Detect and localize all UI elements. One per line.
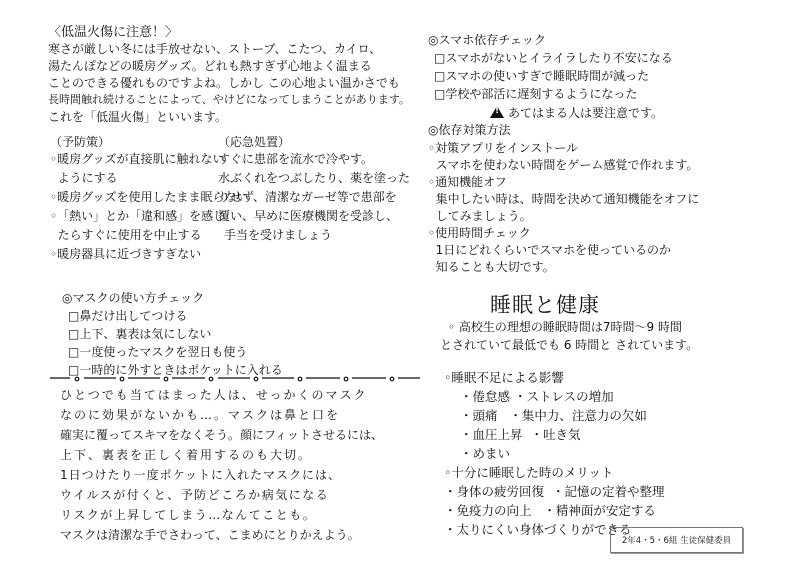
sleep-ideal-line: ◦ 高校生の理想の睡眠時間は7時間〜9 時間 bbox=[440, 321, 698, 339]
mask-body-line: ひとつでも当てはまった人は、せっかくのマスク bbox=[60, 389, 383, 409]
phone-measure-line: ◦対策アプリをインストール bbox=[428, 142, 699, 159]
sleep-ideal-line: とされていて最低でも 6 時間と されています。 bbox=[440, 339, 698, 357]
first-aid-line: 手当を受けましょう bbox=[218, 229, 410, 248]
burn-intro-line: 寒さが厳しい冬には手放せない、ストーブ、こたつ、カイロ、 bbox=[48, 43, 410, 60]
phone-warning-text: あてはまる人は要注意です。 bbox=[508, 106, 663, 120]
mask-check-item: □鼻だけ出してつける bbox=[62, 310, 283, 328]
phone-measure-line: 集中したい時は、時間を決めて通知機能をオフに bbox=[428, 193, 699, 210]
mask-section: ◎マスクの使い方チェック □鼻だけ出してつける □上下、裏表は気にしない □一度… bbox=[62, 292, 283, 382]
credit-box: 2年4・5・6組 生徒保健委員 bbox=[610, 527, 743, 553]
sleep-title: 睡眠と健康 bbox=[490, 289, 600, 319]
phone-measure-line: ◦通知機能オフ bbox=[428, 176, 699, 193]
mask-body-line: なのに効果がないかも…。マスクは鼻と口を bbox=[60, 409, 383, 429]
phone-measure-line: ◦使用時間チェック bbox=[428, 227, 699, 244]
burn-title: 〈低温火傷に注意！〉 bbox=[48, 26, 410, 39]
first-aid-line: 水ぶくれをつぶしたり、薬を塗った bbox=[218, 172, 410, 191]
sleep-ideal: ◦ 高校生の理想の睡眠時間は7時間〜9 時間 とされていて最低でも 6 時間と … bbox=[440, 321, 698, 357]
burn-intro-line: 長時間触れ続けることによって、やけどになってしまうことがあります。 bbox=[48, 94, 410, 111]
first-aid-line: りせず、清潔なガーゼ等で患部を bbox=[218, 191, 410, 210]
mask-body-line: マスクは清潔な手でさわって、こまめにとりかえよう。 bbox=[60, 529, 383, 549]
mask-check-item: □一度使ったマスクを翌日も使う bbox=[62, 346, 283, 364]
phone-check-title: ◎スマホ依存チェック bbox=[428, 34, 699, 52]
phone-measure-line: 知ることも大切です。 bbox=[428, 261, 699, 278]
mask-body-line: 確実に覆ってスキマをなくそう。顔にフィットさせるには、 bbox=[60, 429, 383, 449]
first-aid-block: （応急処置） すぐに患部を流水で冷やす。 水ぶくれをつぶしたり、薬を塗った りせ… bbox=[218, 136, 410, 248]
mask-body-line: リスクが上昇してしまう…なんてことも。 bbox=[60, 509, 383, 529]
credit-text: 2年4・5・6組 生徒保健委員 bbox=[622, 534, 731, 546]
mask-body-line: 上下、裏表を正しく着用するのも大切。 bbox=[60, 449, 383, 469]
burn-intro-line: 湯たんぽなどの暖房グッズ。どれも熱すぎず心地よく温まる bbox=[48, 60, 410, 77]
warning-icon bbox=[490, 106, 504, 118]
first-aid-line: すぐに患部を流水で冷やす。 bbox=[218, 153, 410, 172]
first-aid-heading: （応急処置） bbox=[218, 136, 410, 153]
phone-check-item: □学校や部活に遅刻するようになった bbox=[428, 88, 699, 106]
sleep-effects: ◦睡眠不足による影響 ・倦怠感 ・ストレスの増加 ・頭痛 ・集中力、注意力の欠如… bbox=[444, 372, 664, 543]
phone-measure-line: してみましょう。 bbox=[428, 210, 699, 227]
phone-measure-line: 1日にどれくらいでスマホを使っているのか bbox=[428, 244, 699, 261]
mask-check-item: □上下、裏表は気にしない bbox=[62, 328, 283, 346]
prevention-line: ◦暖房器具に近づきすぎない bbox=[50, 248, 248, 267]
phone-check-item: □スマホがないとイライラしたり不安になる bbox=[428, 52, 699, 70]
burn-section: 〈低温火傷に注意！〉 寒さが厳しい冬には手放せない、ストーブ、こたつ、カイロ、 … bbox=[48, 26, 410, 128]
burn-intro-line: ことのできる優れものですよね。しかし この心地よい温かさでも bbox=[48, 77, 410, 94]
phone-check-item: □スマホの使いすぎで睡眠時間が減った bbox=[428, 70, 699, 88]
mask-title: ◎マスクの使い方チェック bbox=[62, 292, 283, 310]
mask-body-line: 1日つけたり一度ポケットに入れたマスクには、 bbox=[60, 469, 383, 489]
phone-measure-line: スマホを使わない時間をゲーム感覚で作れます。 bbox=[428, 159, 699, 176]
burn-intro-line: これを「低温火傷」といいます。 bbox=[48, 111, 410, 128]
mask-body: ひとつでも当てはまった人は、せっかくのマスク なのに効果がないかも…。マスクは鼻… bbox=[60, 389, 383, 549]
dashed-divider bbox=[50, 373, 420, 383]
phone-warning: あてはまる人は要注意です。 bbox=[428, 106, 699, 124]
phone-section: ◎スマホ依存チェック □スマホがないとイライラしたり不安になる □スマホの使いす… bbox=[428, 34, 699, 278]
phone-measures-title: ◎依存対策方法 bbox=[428, 124, 699, 142]
first-aid-line: 覆い、早めに医療機関を受診し、 bbox=[218, 210, 410, 229]
mask-body-line: ウイルスが付くと、予防どころか病気になる bbox=[60, 489, 383, 509]
